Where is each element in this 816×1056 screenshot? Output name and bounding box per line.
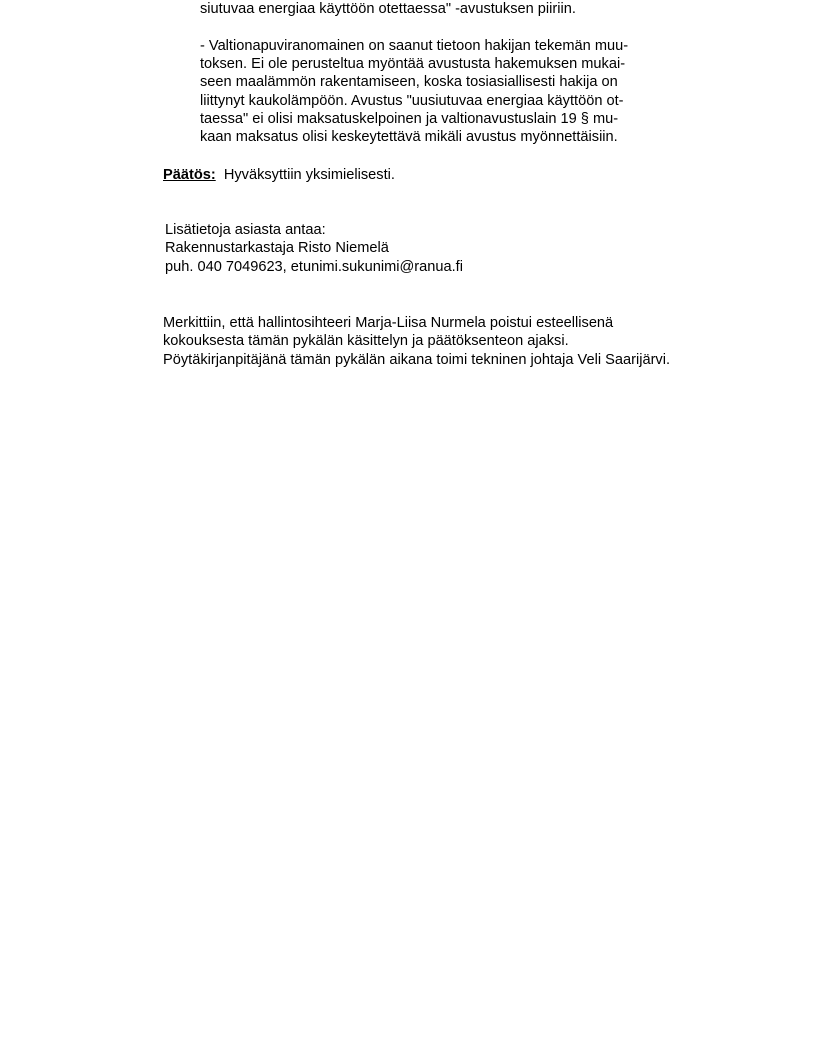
paragraph-line: liittynyt kaukolämpöön. Avustus "uusiutu… (200, 92, 624, 110)
continuation-line: siutuvaa energiaa käyttöön otettaessa" -… (200, 0, 576, 18)
decision-text: Hyväksyttiin yksimielisesti. (224, 167, 395, 183)
paragraph-line: seen maalämmön rakentamiseen, koska tosi… (200, 73, 618, 91)
note-line: kokouksesta tämän pykälän käsittelyn ja … (163, 332, 569, 350)
paragraph-line: - Valtionapuviranomainen on saanut tieto… (200, 37, 628, 55)
paragraph-line: taessa" ei olisi maksatuskelpoinen ja va… (200, 110, 618, 128)
contact-heading: Lisätietoja asiasta antaa: (165, 221, 326, 239)
contact-name: Rakennustarkastaja Risto Niemelä (165, 239, 389, 257)
decision-label: Päätös: (163, 167, 216, 183)
paragraph-line: toksen. Ei ole perusteltua myöntää avust… (200, 55, 625, 73)
contact-details: puh. 040 7049623, etunimi.sukunimi@ranua… (165, 258, 463, 276)
paragraph-line: kaan maksatus olisi keskeytettävä mikäli… (200, 128, 618, 146)
note-line: Merkittiin, että hallintosihteeri Marja-… (163, 314, 613, 332)
decision-line: Päätös: Hyväksyttiin yksimielisesti. (163, 166, 395, 184)
note-line: Pöytäkirjanpitäjänä tämän pykälän aikana… (163, 351, 670, 369)
